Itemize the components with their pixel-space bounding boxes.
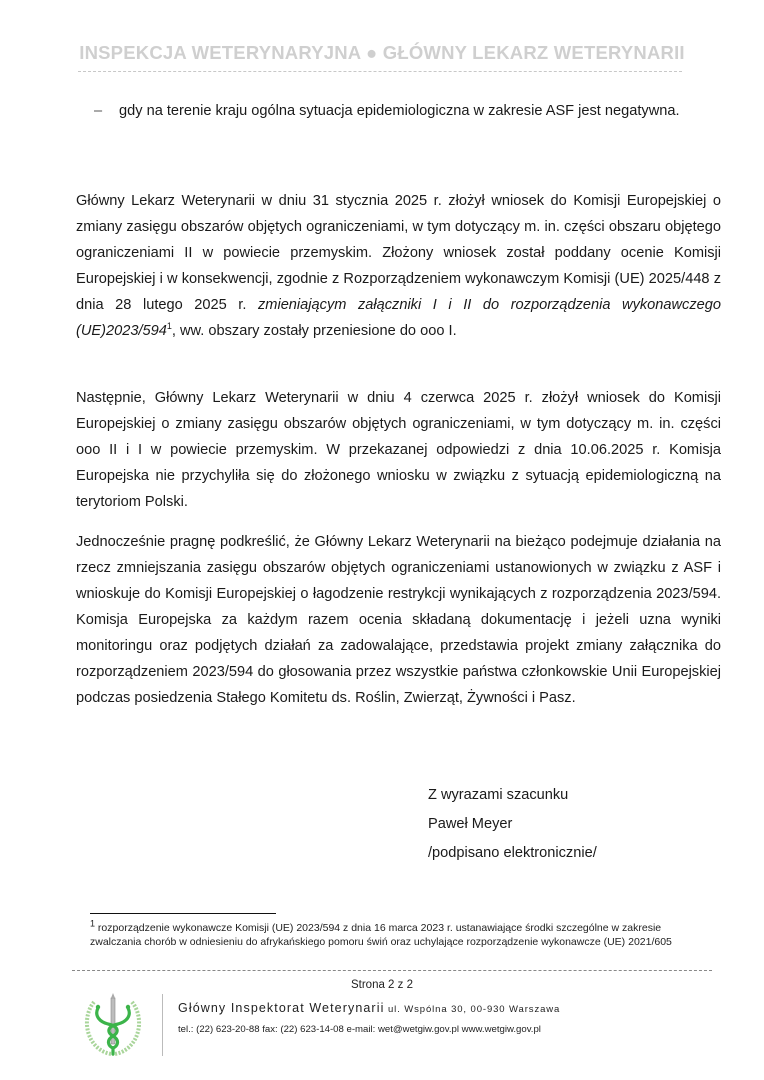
footer-divider-line bbox=[72, 970, 712, 971]
footer-contact-info: tel.: (22) 623-20-88 fax: (22) 623-14-08… bbox=[178, 1024, 541, 1035]
page-number: Strona 2 z 2 bbox=[0, 979, 764, 991]
letterhead-title: INSPEKCJA WETERYNARYJNA ● GŁÓWNY LEKARZ … bbox=[0, 42, 764, 64]
organization-address: ul. Wspólna 30, 00-930 Warszawa bbox=[384, 1004, 560, 1015]
signature-block: Z wyrazami szacunku Paweł Meyer /podpisa… bbox=[428, 781, 597, 868]
letterhead-divider bbox=[78, 71, 682, 72]
paragraph-2-text: Następnie, Główny Lekarz Weterynarii w d… bbox=[76, 385, 721, 515]
dash-bullet-icon: – bbox=[94, 98, 102, 124]
paragraph-1-text-a: Główny Lekarz Weterynarii w dniu 31 styc… bbox=[76, 193, 721, 313]
footnote: 1 rozporządzenie wykonawcze Komisji (UE)… bbox=[90, 921, 690, 949]
signature-note: /podpisano elektronicznie/ bbox=[428, 839, 597, 868]
paragraph-3-text: Jednocześnie pragnę podkreślić, że Główn… bbox=[76, 529, 721, 711]
bullet-text: gdy na terenie kraju ogólna sytuacja epi… bbox=[119, 98, 721, 124]
caduceus-wreath-icon bbox=[80, 992, 146, 1058]
paragraph-3: Jednocześnie pragnę podkreślić, że Główn… bbox=[76, 529, 721, 711]
signatory-name: Paweł Meyer bbox=[428, 810, 597, 839]
footer-organization: Główny Inspektorat Weterynarii ul. Wspól… bbox=[178, 1001, 560, 1015]
footnote-separator bbox=[90, 913, 276, 914]
paragraph-1: Główny Lekarz Weterynarii w dniu 31 styc… bbox=[76, 188, 721, 344]
signature-closing: Z wyrazami szacunku bbox=[428, 781, 597, 810]
footer-vertical-divider bbox=[162, 994, 163, 1056]
paragraph-1-text-b: , ww. obszary zostały przeniesione do oo… bbox=[172, 323, 457, 339]
organization-name: Główny Inspektorat Weterynarii bbox=[178, 1001, 384, 1015]
paragraph-2: Następnie, Główny Lekarz Weterynarii w d… bbox=[76, 385, 721, 515]
footnote-text: rozporządzenie wykonawcze Komisji (UE) 2… bbox=[90, 922, 672, 948]
bullet-item: – gdy na terenie kraju ogólna sytuacja e… bbox=[94, 98, 721, 124]
